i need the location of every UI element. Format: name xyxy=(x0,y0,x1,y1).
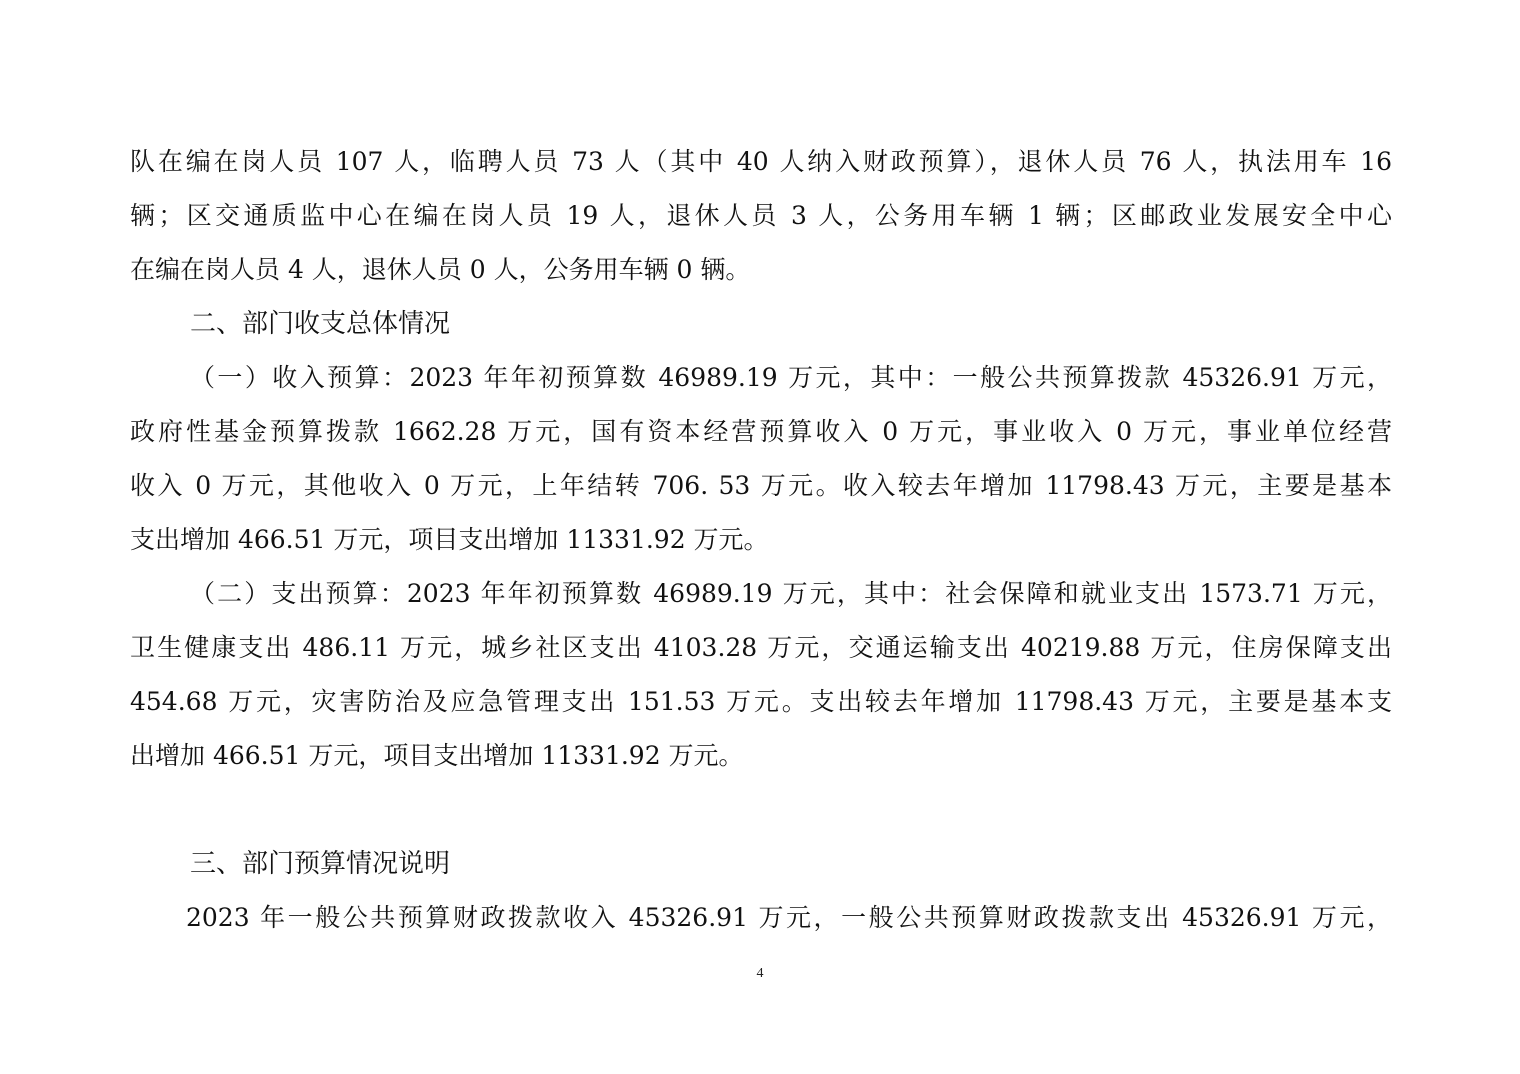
section-heading-budget-explanation: 三、部门预算情况说明 xyxy=(190,846,450,882)
paragraph-line: 454.68 万元，灾害防治及应急管理支出 151.53 万元。支出较去年增加 … xyxy=(130,684,1392,720)
paragraph-line: 在编在岗人员 4 人，退休人员 0 人，公务用车辆 0 辆。 xyxy=(130,252,1392,288)
paragraph-line: （二）支出预算：2023 年年初预算数 46989.19 万元，其中：社会保障和… xyxy=(190,576,1392,612)
paragraph-line: （一）收入预算：2023 年年初预算数 46989.19 万元，其中：一般公共预… xyxy=(190,360,1392,396)
document-page: 队在编在岗人员 107 人，临聘人员 73 人（其中 40 人纳入财政预算），退… xyxy=(0,0,1520,1074)
paragraph-line: 队在编在岗人员 107 人，临聘人员 73 人（其中 40 人纳入财政预算），退… xyxy=(130,144,1392,180)
paragraph-line: 2023 年一般公共预算财政拨款收入 45326.91 万元，一般公共预算财政拨… xyxy=(186,900,1392,936)
page-number: 4 xyxy=(750,966,770,982)
paragraph-line: 辆；区交通质监中心在编在岗人员 19 人，退休人员 3 人，公务用车辆 1 辆；… xyxy=(130,198,1392,234)
paragraph-line: 收入 0 万元，其他收入 0 万元，上年结转 706. 53 万元。收入较去年增… xyxy=(130,468,1392,504)
paragraph-line: 出增加 466.51 万元，项目支出增加 11331.92 万元。 xyxy=(130,738,1392,774)
paragraph-line: 政府性基金预算拨款 1662.28 万元，国有资本经营预算收入 0 万元，事业收… xyxy=(130,414,1392,450)
section-heading-income-expense-overview: 二、部门收支总体情况 xyxy=(190,306,450,342)
paragraph-line: 卫生健康支出 486.11 万元，城乡社区支出 4103.28 万元，交通运输支… xyxy=(130,630,1392,666)
paragraph-line: 支出增加 466.51 万元，项目支出增加 11331.92 万元。 xyxy=(130,522,1392,558)
